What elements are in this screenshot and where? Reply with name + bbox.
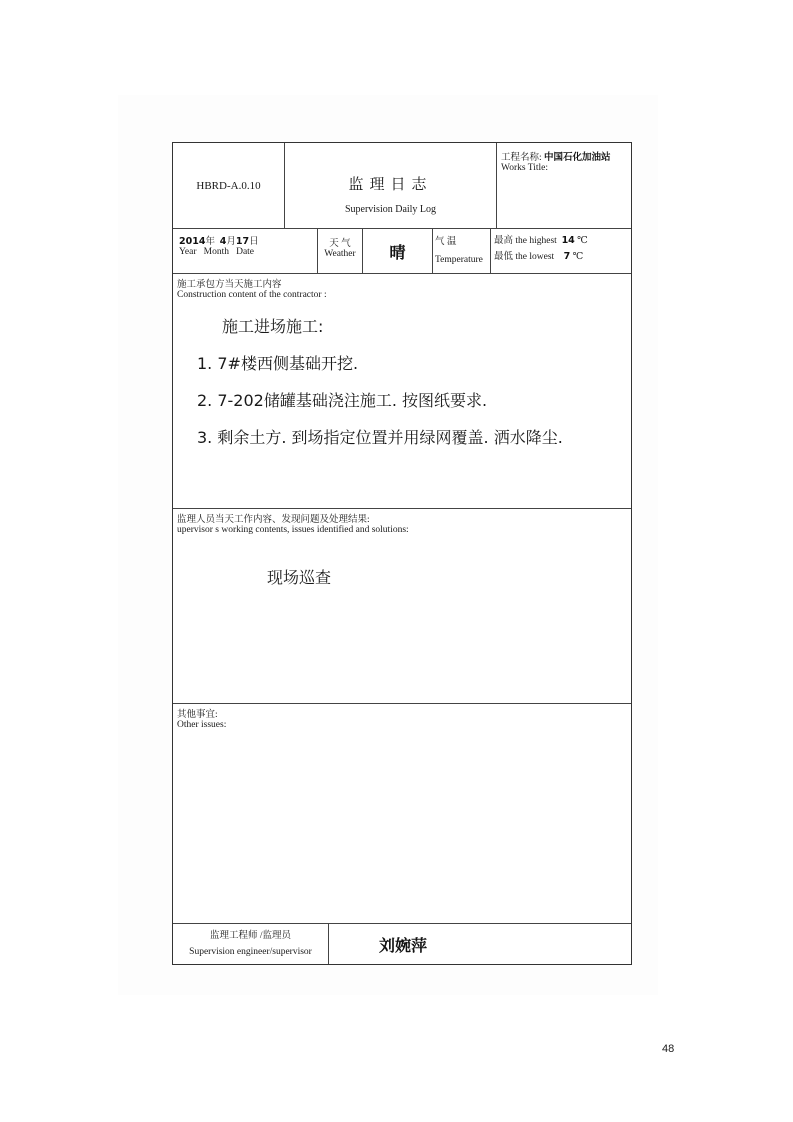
temperature-label-cn: 气 温 <box>435 233 488 247</box>
works-title-label-en: Works Title: <box>501 163 548 173</box>
title-cn: 监理日志 <box>285 173 496 194</box>
construction-label-cn: 施工承包方当天施工内容 <box>177 276 627 290</box>
title-en: Supervision Daily Log <box>285 204 496 215</box>
supervisor-label-en: upervisor s working contents, issues ide… <box>177 525 627 535</box>
unit: ℃ <box>577 236 588 246</box>
month-cn: 月 <box>226 237 236 247</box>
temperature-label: 气 温 Temperature <box>433 229 491 273</box>
weather-label-en: Weather <box>318 249 362 259</box>
construction-line: 2. 7-202储罐基础浇注施工. 按图纸要求. <box>197 388 627 411</box>
signature-label: 监理工程师 /监理员 Supervision engineer/supervis… <box>173 924 329 964</box>
temperature-label-en: Temperature <box>435 255 488 265</box>
lowest-value: 7 <box>564 251 571 262</box>
works-title-value: 中国石化加油站 <box>544 152 611 163</box>
form-code: HBRD-A.0.10 <box>173 143 285 228</box>
weather-label: 天 气 Weather <box>318 229 363 273</box>
other-section: 其他事宜: Other issues: <box>173 704 631 924</box>
construction-line: 3. 剩余土方. 到场指定位置并用绿网覆盖. 洒水降尘. <box>197 425 627 448</box>
other-body: 其他事宜: Other issues: <box>173 704 631 923</box>
signature-row: 监理工程师 /监理员 Supervision engineer/supervis… <box>173 924 631 964</box>
works-title-label-cn: 工程名称: <box>501 153 542 163</box>
year-value: 2014 <box>179 236 205 247</box>
supervisor-section: 监理人员当天工作内容、发现问题及处理结果: upervisor s workin… <box>173 509 631 704</box>
supervisor-label-cn: 监理人员当天工作内容、发现问题及处理结果: <box>177 511 627 525</box>
header-row: HBRD-A.0.10 监理日志 Supervision Daily Log 工… <box>173 143 631 229</box>
supervisor-content: 现场巡查 <box>267 565 627 588</box>
date-labels-en: Year Month Date <box>179 247 254 257</box>
day-value: 17 <box>236 236 249 247</box>
construction-line: 1. 7#楼西侧基础开挖. <box>197 351 627 374</box>
form-title: 监理日志 Supervision Daily Log <box>285 143 497 228</box>
date-weather-row: 2014年 4月17日 Year Month Date 天 气 Weather … <box>173 229 631 274</box>
weather-label-cn: 天 气 <box>318 235 362 249</box>
supervisor-body: 监理人员当天工作内容、发现问题及处理结果: upervisor s workin… <box>173 509 631 703</box>
other-label-cn: 其他事宜: <box>177 706 627 720</box>
weather-value: 晴 <box>363 229 433 273</box>
day-cn: 日 <box>249 237 259 247</box>
highest-value: 14 <box>562 235 575 246</box>
temperature-values: 最高 the highest 14 ℃ 最低 the lowest 7 ℃ <box>491 229 631 273</box>
signature-label-en: Supervision engineer/supervisor <box>173 944 328 960</box>
year-cn: 年 <box>205 237 215 247</box>
works-title: 工程名称: 中国石化加油站 Works Title: <box>497 143 631 228</box>
construction-section: 施工承包方当天施工内容 Construction content of the … <box>173 274 631 509</box>
construction-line: 施工进场施工: <box>222 314 627 337</box>
other-label-en: Other issues: <box>177 720 627 730</box>
supervision-log-form: HBRD-A.0.10 监理日志 Supervision Daily Log 工… <box>172 142 632 965</box>
signature-label-cn: 监理工程师 /监理员 <box>173 928 328 944</box>
page-number: 48 <box>662 1043 674 1055</box>
highest-label: 最高 the highest <box>494 236 557 246</box>
lowest-label: 最低 the lowest <box>494 252 554 262</box>
signature-name: 刘婉萍 <box>329 924 631 964</box>
date-cell: 2014年 4月17日 Year Month Date <box>173 229 318 273</box>
unit: ℃ <box>573 252 584 262</box>
construction-label-en: Construction content of the contractor : <box>177 290 627 300</box>
construction-body: 施工承包方当天施工内容 Construction content of the … <box>173 274 631 508</box>
